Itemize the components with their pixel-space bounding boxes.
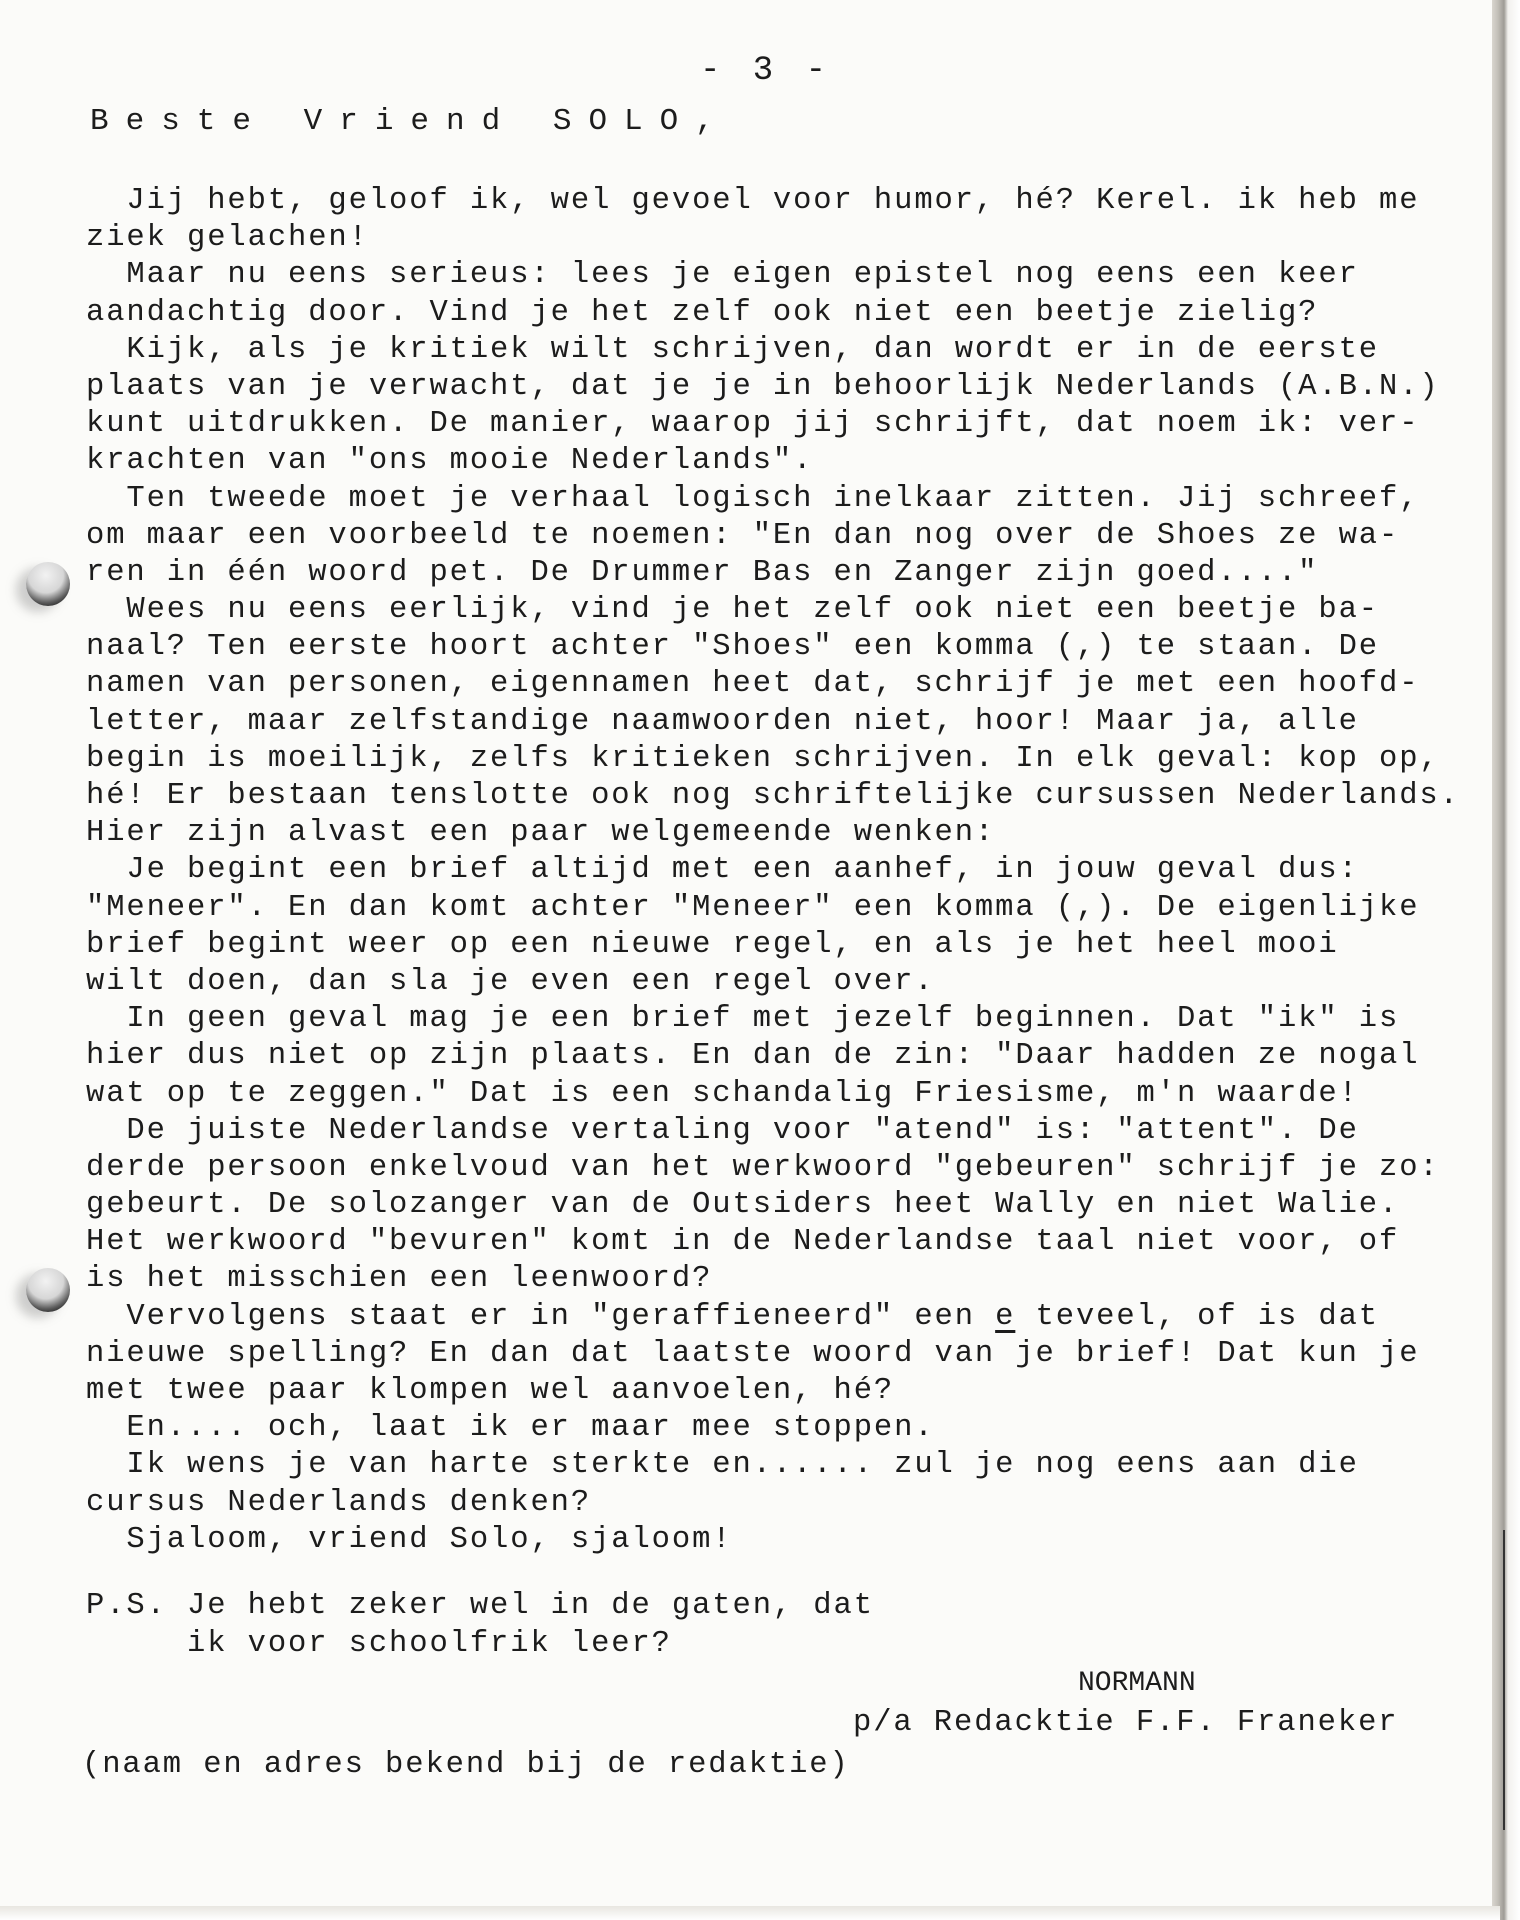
body-line: Je begint een brief altijd met een aanhe… xyxy=(86,852,1476,889)
body-line: gebeurt. De solozanger van de Outsiders … xyxy=(86,1187,1476,1224)
body-line: namen van personen, eigennamen heet dat,… xyxy=(86,666,1476,703)
body-line: brief begint weer op een nieuwe regel, e… xyxy=(86,927,1476,964)
body-line: derde persoon enkelvoud van het werkwoor… xyxy=(86,1150,1476,1187)
postscript-line: P.S. Je hebt zeker wel in de gaten, dat xyxy=(86,1588,874,1626)
body-line: "Meneer". En dan komt achter "Meneer" ee… xyxy=(86,890,1476,927)
body-line: In geen geval mag je een brief met jezel… xyxy=(86,1001,1476,1038)
body-line: plaats van je verwacht, dat je je in beh… xyxy=(86,369,1476,406)
body-line: En.... och, laat ik er maar mee stoppen. xyxy=(86,1410,1476,1447)
page-number: - 3 - xyxy=(700,52,832,90)
body-line: Maar nu eens serieus: lees je eigen epis… xyxy=(86,257,1476,294)
body-line: ren in één woord pet. De Drummer Bas en … xyxy=(86,555,1476,592)
body-line: cursus Nederlands denken? xyxy=(86,1485,1476,1522)
body-line: letter, maar zelfstandige naamwoorden ni… xyxy=(86,704,1476,741)
body-line: Kijk, als je kritiek wilt schrijven, dan… xyxy=(86,332,1476,369)
document-page: - 3 - Beste Vriend SOLO, Jij hebt, geloo… xyxy=(0,0,1492,1906)
body-line: Het werkwoord "bevuren" komt in de Neder… xyxy=(86,1224,1476,1261)
body-line: naal? Ten eerste hoort achter "Shoes" ee… xyxy=(86,629,1476,666)
postscript-line: ik voor schoolfrik leer? xyxy=(86,1626,874,1664)
body-line: begin is moeilijk, zelfs kritieken schri… xyxy=(86,741,1476,778)
body-line: Vervolgens staat er in "geraffieneerd" e… xyxy=(86,1299,1476,1336)
body-line: hé! Er bestaan tenslotte ook nog schrift… xyxy=(86,778,1476,815)
signature-address: p/a Redacktie F.F. Franeker xyxy=(853,1706,1398,1740)
body-line: wat op te zeggen." Dat is een schandalig… xyxy=(86,1076,1476,1113)
body-line: Jij hebt, geloof ik, wel gevoel voor hum… xyxy=(86,183,1476,220)
body-line: Wees nu eens eerlijk, vind je het zelf o… xyxy=(86,592,1476,629)
body-line: De juiste Nederlandse vertaling voor "at… xyxy=(86,1113,1476,1150)
body-line: Sjaloom, vriend Solo, sjaloom! xyxy=(86,1522,1476,1559)
page-bottom-edge xyxy=(0,1906,1500,1920)
body-line: Ik wens je van harte sterkte en...... zu… xyxy=(86,1447,1476,1484)
body-line: is het misschien een leenwoord? xyxy=(86,1261,1476,1298)
body-line: om maar een voorbeeld te noemen: "En dan… xyxy=(86,518,1476,555)
body-line: wilt doen, dan sla je even een regel ove… xyxy=(86,964,1476,1001)
body-line: krachten van "ons mooie Nederlands". xyxy=(86,443,1476,480)
body-line: hier dus niet op zijn plaats. En dan de … xyxy=(86,1038,1476,1075)
body-line: Hier zijn alvast een paar welgemeende we… xyxy=(86,815,1476,852)
body-line: met twee paar klompen wel aanvoelen, hé? xyxy=(86,1373,1476,1410)
body-line: kunt uitdrukken. De manier, waarop jij s… xyxy=(86,406,1476,443)
punch-hole-top xyxy=(26,562,70,606)
postscript: P.S. Je hebt zeker wel in de gaten, dat … xyxy=(86,1588,874,1663)
body-line: ziek gelachen! xyxy=(86,220,1476,257)
footnote: (naam en adres bekend bij de redaktie) xyxy=(82,1748,850,1782)
body-line: Ten tweede moet je verhaal logisch inelk… xyxy=(86,481,1476,518)
salutation: Beste Vriend SOLO, xyxy=(90,104,731,139)
body-line: aandachtig door. Vind je het zelf ook ni… xyxy=(86,295,1476,332)
letter-body: Jij hebt, geloof ik, wel gevoel voor hum… xyxy=(86,183,1476,1559)
signature-name: NORMANN xyxy=(1078,1668,1196,1699)
body-line: nieuwe spelling? En dan dat laatste woor… xyxy=(86,1336,1476,1373)
page-edge-shadow xyxy=(1492,0,1520,1920)
punch-hole-bottom xyxy=(26,1268,70,1312)
